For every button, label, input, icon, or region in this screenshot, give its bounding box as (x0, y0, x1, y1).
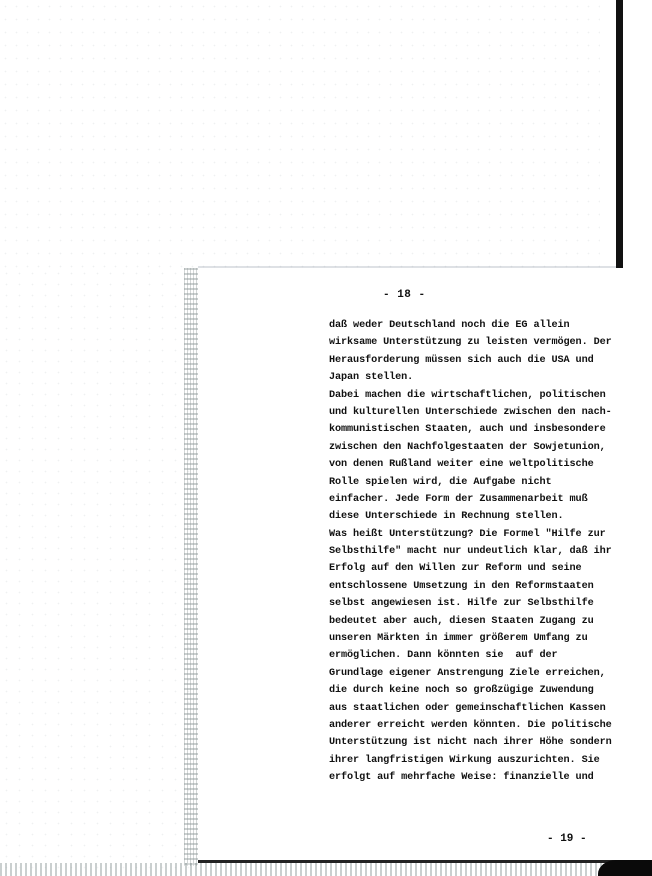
text-line: wirksame Unterstützung zu leisten vermög… (329, 334, 609, 351)
text-line: daß weder Deutschland noch die EG allein (329, 317, 609, 334)
text-line: die durch keine noch so großzügige Zuwen… (329, 682, 609, 699)
text-line: Was heißt Unterstützung? Die Formel "Hil… (329, 526, 609, 543)
text-line: selbst angewiesen ist. Hilfe zur Selbsth… (329, 595, 609, 612)
text-line: und kulturellen Unterschiede zwischen de… (329, 404, 609, 421)
body-text: daß weder Deutschland noch die EG allein… (329, 317, 609, 787)
text-line: unseren Märkten in immer größerem Umfang… (329, 630, 609, 647)
text-line: Erfolg auf den Willen zur Reform und sei… (329, 560, 609, 577)
text-line: Rolle spielen wird, die Aufgabe nicht (329, 474, 609, 491)
scan-noise-bottom (0, 863, 652, 876)
text-line: diese Unterschiede in Rechnung stellen. (329, 508, 609, 525)
text-line: Grundlage eigener Anstrengung Ziele erre… (329, 665, 609, 682)
text-line: Japan stellen. (329, 369, 609, 386)
text-line: ermöglichen. Dann könnten sie auf der (329, 647, 609, 664)
text-line: anderer erreicht werden könnten. Die pol… (329, 717, 609, 734)
scan-border-bar (616, 0, 623, 268)
text-line: zwischen den Nachfolgestaaten der Sowjet… (329, 439, 609, 456)
text-line: aus staatlichen oder gemeinschaftlichen … (329, 700, 609, 717)
scan-noise-left (0, 268, 190, 876)
page-edge-left (184, 268, 198, 866)
text-line: von denen Rußland weiter eine weltpoliti… (329, 456, 609, 473)
text-line: Herausforderung müssen sich auch die USA… (329, 352, 609, 369)
page-number-bottom: - 19 - (547, 833, 587, 845)
text-line: einfacher. Jede Form der Zusammenarbeit … (329, 491, 609, 508)
text-line: erfolgt auf mehrfache Weise: finanzielle… (329, 769, 609, 786)
page-edge-bottom (198, 860, 652, 863)
text-line: Unterstützung ist nicht nach ihrer Höhe … (329, 734, 609, 751)
page-number-top: - 18 - (383, 289, 426, 301)
text-line: bedeutet aber auch, diesen Staaten Zugan… (329, 613, 609, 630)
text-line: entschlossene Umsetzung in den Reformsta… (329, 578, 609, 595)
text-line: ihrer langfristigen Wirkung auszurichten… (329, 752, 609, 769)
text-line: kommunistischen Staaten, auch und insbes… (329, 421, 609, 438)
text-line: Selbsthilfe" macht nur undeutlich klar, … (329, 543, 609, 560)
scan-corner-shadow (598, 860, 652, 876)
page-edge-top (198, 266, 618, 268)
scan-noise-top (0, 0, 600, 268)
text-line: Dabei machen die wirtschaftlichen, polit… (329, 387, 609, 404)
